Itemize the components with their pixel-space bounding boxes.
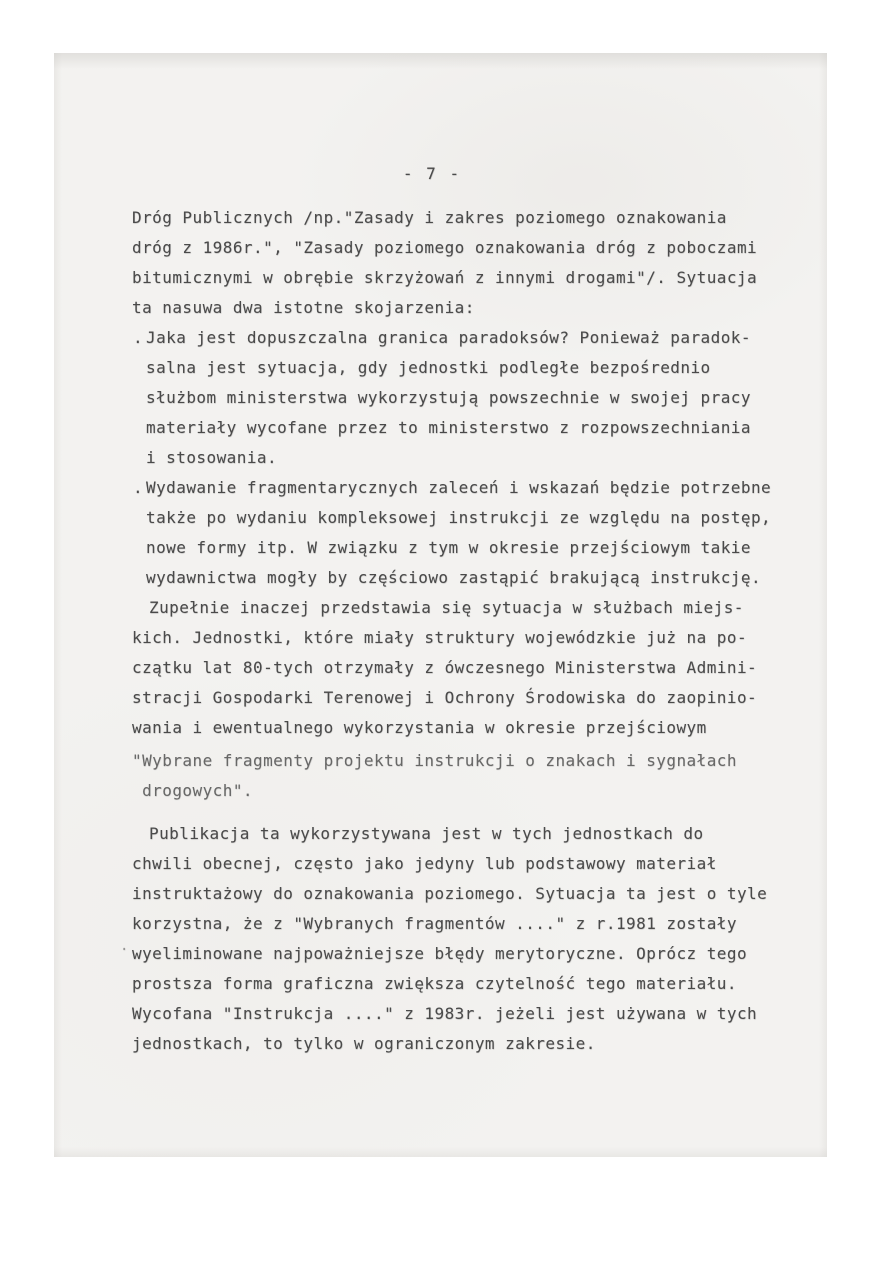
- text-line: drogowych".: [132, 776, 792, 806]
- document-page: - 7 - Dróg Publicznych /np."Zasady i zak…: [54, 53, 827, 1157]
- text-line: prostsza forma graficzna zwiększa czytel…: [132, 969, 792, 999]
- text-line: .Wydawanie fragmentarycznych zaleceń i w…: [146, 473, 792, 503]
- text-line: jednostkach, to tylko w ograniczonym zak…: [132, 1029, 792, 1059]
- text-line: i stosowania.: [146, 443, 792, 473]
- text-line: bitumicznymi w obrębie skrzyżowań z inny…: [132, 263, 792, 293]
- paragraph-sluzby-miejskie: Zupełnie inaczej przedstawia się sytuacj…: [132, 593, 792, 743]
- text-line: ta nasuwa dwa istotne skojarzenia:: [132, 293, 792, 323]
- text-line: Zupełnie inaczej przedstawia się sytuacj…: [132, 593, 792, 623]
- text-line: także po wydaniu kompleksowej instrukcji…: [146, 503, 792, 533]
- text-line: materiały wycofane przez to ministerstwo…: [146, 413, 792, 443]
- text-line: wydawnictwa mogły by częściowo zastąpić …: [146, 563, 792, 593]
- text-line: salna jest sytuacja, gdy jednostki podle…: [146, 353, 792, 383]
- margin-artifact: ·: [120, 935, 129, 965]
- text-line: Publikacja ta wykorzystywana jest w tych…: [132, 819, 792, 849]
- text-line: służbom ministerstwa wykorzystują powsze…: [146, 383, 792, 413]
- bullet-item-paradox: .Jaka jest dopuszczalna granica paradoks…: [132, 323, 792, 473]
- scanned-page-canvas: - 7 - Dróg Publicznych /np."Zasady i zak…: [0, 0, 893, 1263]
- text-line: wania i ewentualnego wykorzystania w okr…: [132, 713, 792, 743]
- paragraph-intro: Dróg Publicznych /np."Zasady i zakres po…: [132, 203, 792, 323]
- quoted-title: "Wybrane fragmenty projektu instrukcji o…: [132, 746, 792, 806]
- bullet-marker: .: [133, 473, 143, 503]
- bullet-item-wydawanie: .Wydawanie fragmentarycznych zaleceń i w…: [132, 473, 792, 593]
- bullet-marker: .: [133, 323, 143, 353]
- text-line: stracji Gospodarki Terenowej i Ochrony Ś…: [132, 683, 792, 713]
- text-line: instruktażowy do oznakowania poziomego. …: [132, 879, 792, 909]
- text-line: "Wybrane fragmenty projektu instrukcji o…: [132, 746, 792, 776]
- text-line: dróg z 1986r.", "Zasady poziomego oznako…: [132, 233, 792, 263]
- text-line: Wycofana "Instrukcja ...." z 1983r. jeże…: [132, 999, 792, 1029]
- document-body: Dróg Publicznych /np."Zasady i zakres po…: [132, 203, 792, 1059]
- page-number: - 7 -: [132, 159, 732, 189]
- text-line: chwili obecnej, często jako jedyny lub p…: [132, 849, 792, 879]
- text-line: Dróg Publicznych /np."Zasady i zakres po…: [132, 203, 792, 233]
- text-line: ·wyeliminowane najpoważniejsze błędy mer…: [132, 939, 792, 969]
- text-line: czątku lat 80-tych otrzymały z ówczesneg…: [132, 653, 792, 683]
- text-line: .Jaka jest dopuszczalna granica paradoks…: [146, 323, 792, 353]
- text-line: kich. Jednostki, które miały struktury w…: [132, 623, 792, 653]
- text-line: nowe formy itp. W związku z tym w okresi…: [146, 533, 792, 563]
- text-line: korzystna, że z "Wybranych fragmentów ..…: [132, 909, 792, 939]
- paragraph-publikacja: Publikacja ta wykorzystywana jest w tych…: [132, 819, 792, 1059]
